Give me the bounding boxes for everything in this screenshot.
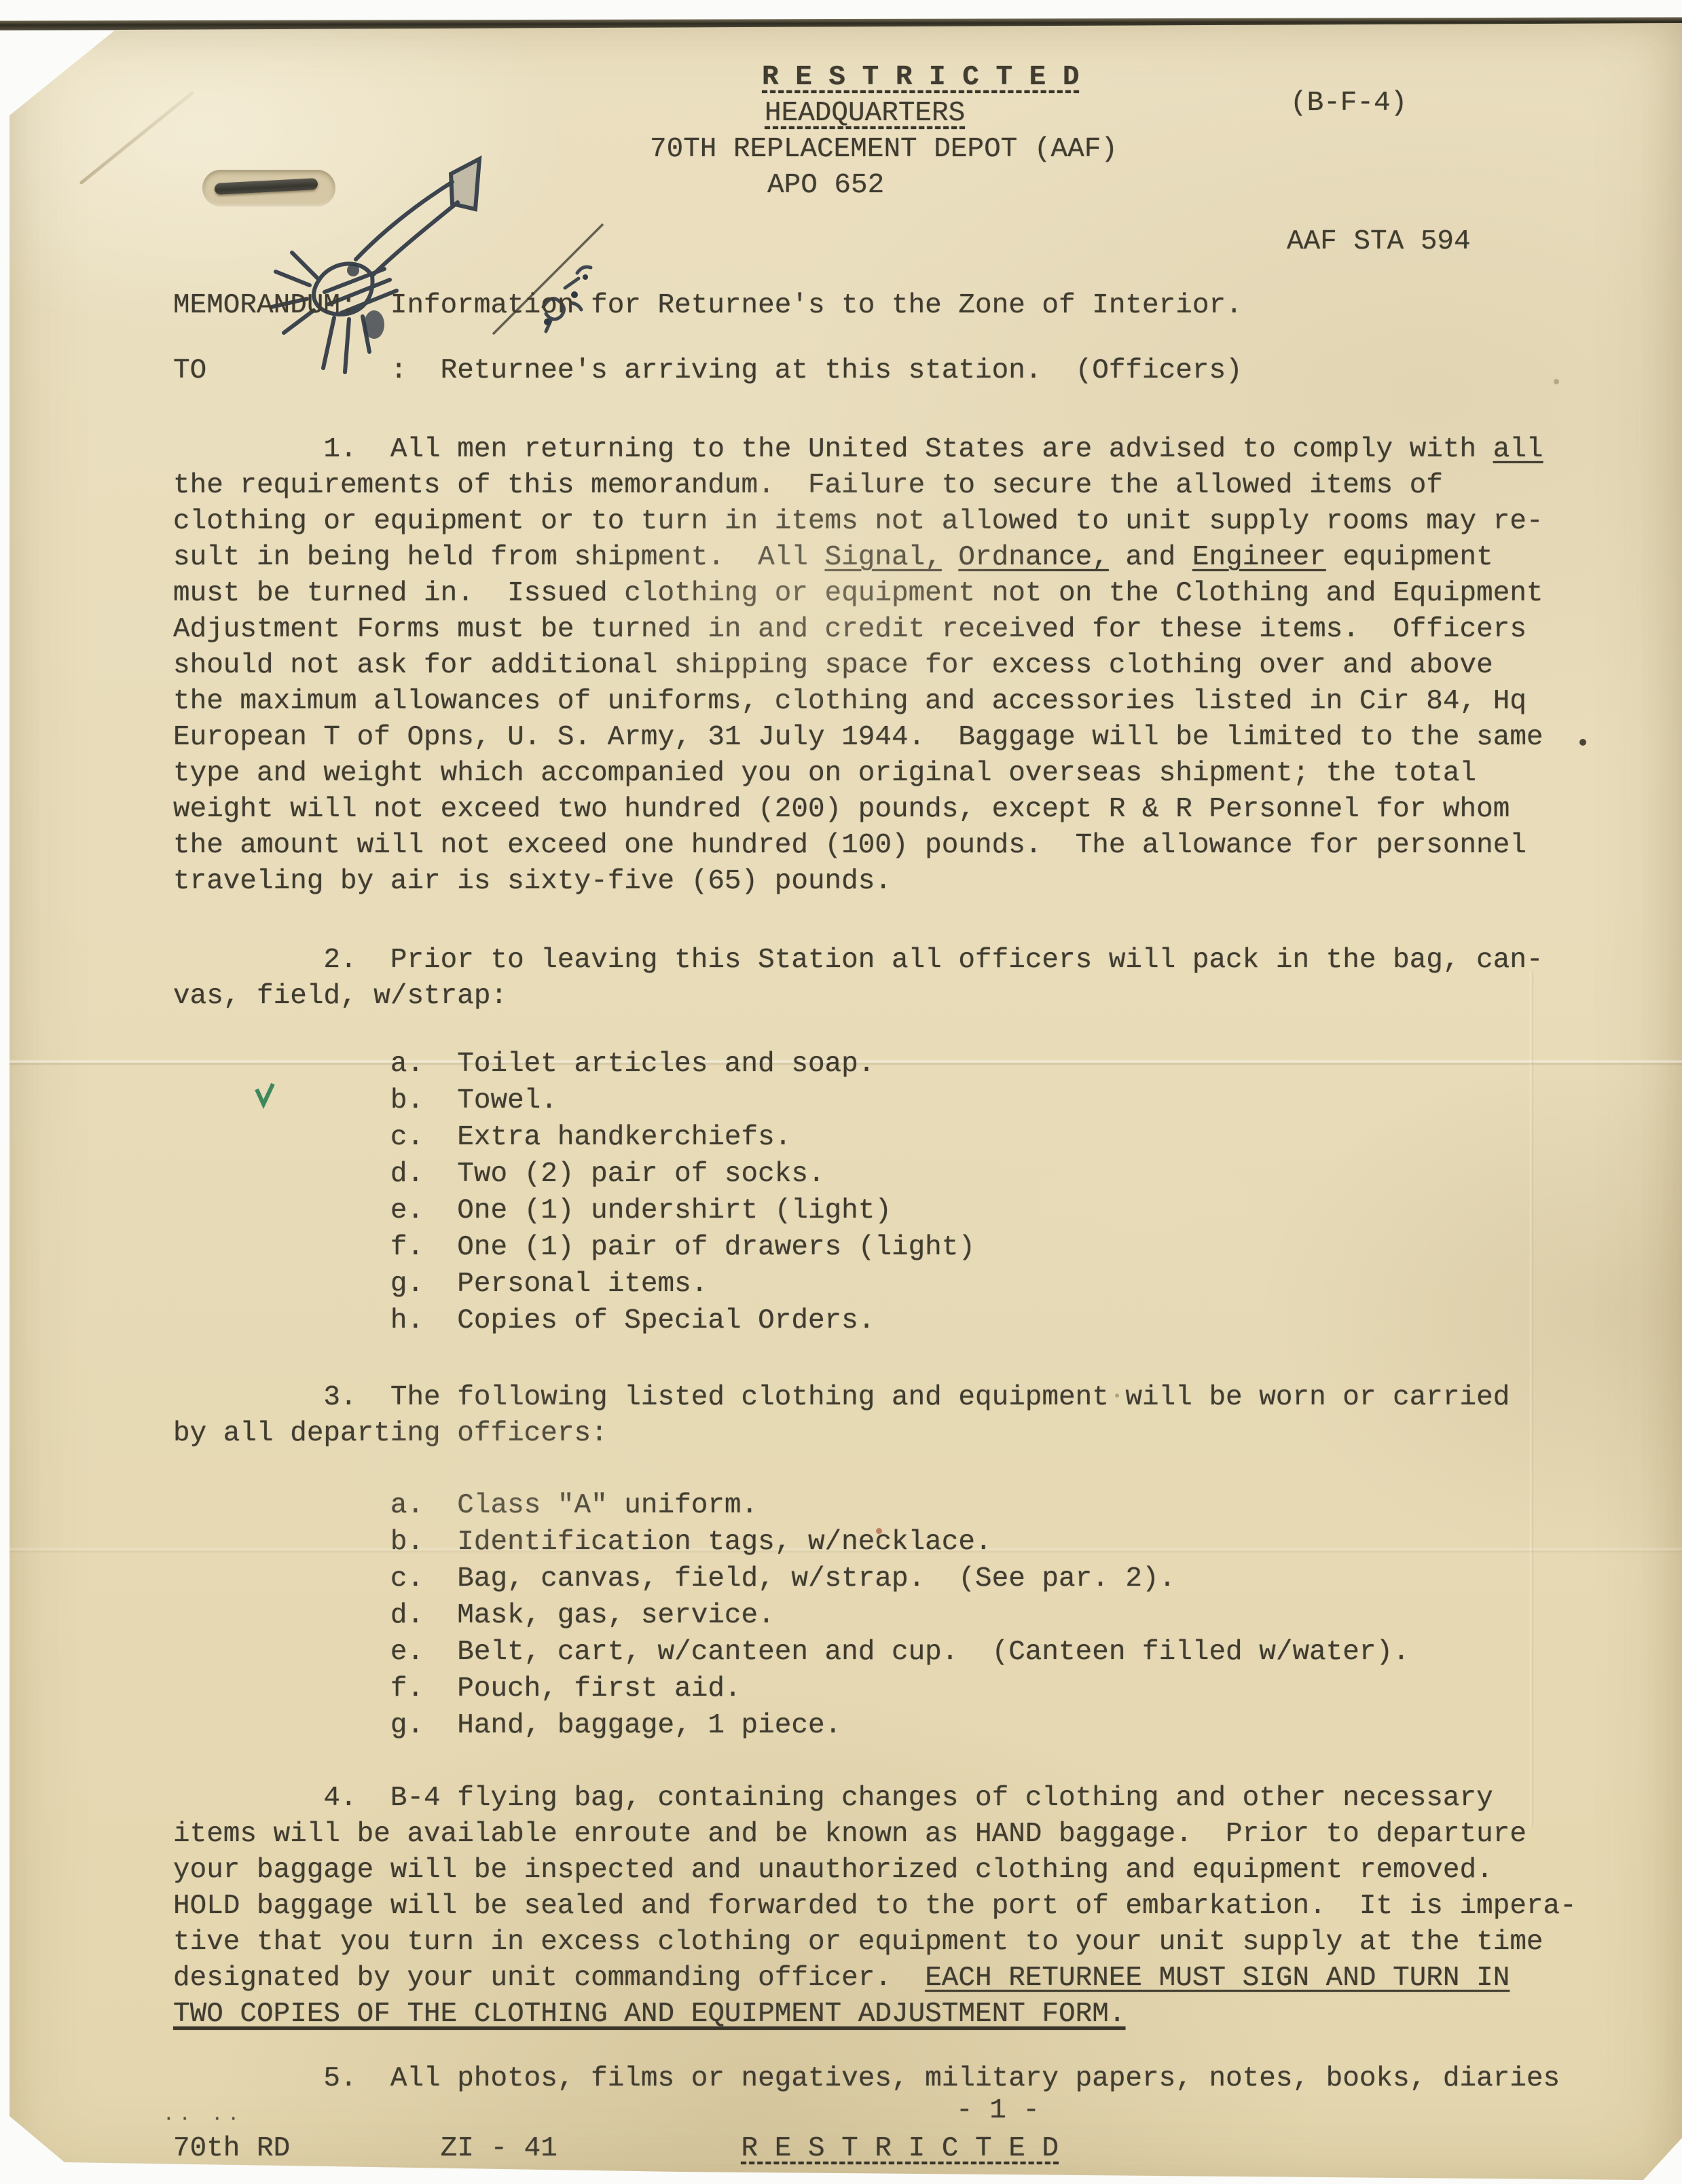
paragraph-5: 5. All photos, films or negatives, milit… (173, 2061, 1560, 2097)
worn-equipment-list: a. Class "A" uniform. b. Identification … (173, 1487, 1410, 1744)
ink-speck (1579, 739, 1586, 746)
folded-corner (10, 30, 115, 115)
corner-crease-shadow (79, 90, 194, 185)
paragraph-3: 3. The following listed clothing and equ… (173, 1380, 1510, 1452)
paper-sheet: R E S T R I C T E D HEADQUARTERS 70TH RE… (0, 0, 1682, 2184)
packing-list: a. Toilet articles and soap. b. Towel. c… (173, 1046, 975, 1339)
memorandum-subject-line: MEMORANDUM: Information for Returnee's t… (173, 288, 1243, 324)
unit-line: 70TH REPLACEMENT DEPOT (AAF) (650, 132, 1118, 168)
ink-dot (583, 274, 588, 280)
scanned-memorandum-page: R E S T R I C T E D HEADQUARTERS 70TH RE… (0, 0, 1682, 2184)
headquarters-line: HEADQUARTERS (765, 96, 965, 132)
page-number: - 1 - (956, 2093, 1040, 2129)
vertical-fold-crease (1529, 971, 1534, 1827)
classification-header: R E S T R I C T E D (762, 60, 1079, 96)
station-code: AAF STA 594 (1287, 224, 1471, 260)
memorandum-to-line: TO : Returnee's arriving at this station… (173, 353, 1243, 389)
cockpit-dot (347, 264, 359, 276)
paper-speck (1554, 379, 1559, 384)
footer-line: 70th RD ZI - 41 R E S T R I C T E D (173, 2131, 1059, 2167)
apo-line: APO 652 (767, 168, 884, 204)
paragraph-1: 1. All men returning to the United State… (173, 432, 1543, 900)
routing-code: (B-F-4) (1290, 86, 1407, 122)
paragraph-2: 2. Prior to leaving this Station all off… (173, 943, 1543, 1015)
paragraph-4: 4. B-4 flying bag, containing changes of… (173, 1781, 1577, 2033)
